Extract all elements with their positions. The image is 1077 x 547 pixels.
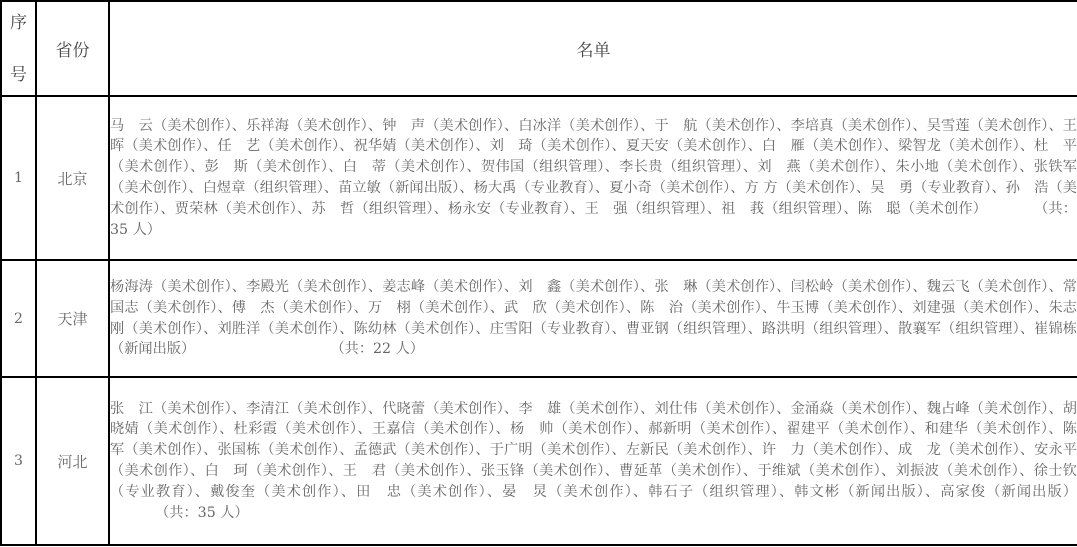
- row-seq: 3: [1, 377, 36, 545]
- row-province: 天津: [36, 260, 109, 377]
- row-total: （共：35 人）: [155, 505, 249, 521]
- row-names: 杨海涛（美术创作）、李殿光（美术创作）、姜志峰（美术创作）、刘 鑫（美术创作）、…: [109, 260, 1077, 377]
- header-seq: 序 号: [1, 1, 36, 96]
- table-row: 2 天津 杨海涛（美术创作）、李殿光（美术创作）、姜志峰（美术创作）、刘 鑫（美…: [1, 260, 1077, 377]
- row-province: 河北: [36, 377, 109, 545]
- header-seq-line2: 号: [10, 65, 27, 85]
- names-text: 张 江（美术创作）、李清江（美术创作）、代晓蕾（美术创作）、李 雄（美术创作）、…: [110, 401, 1077, 500]
- row-names: 张 江（美术创作）、李清江（美术创作）、代晓蕾（美术创作）、李 雄（美术创作）、…: [109, 377, 1077, 545]
- header-seq-line1: 序: [10, 13, 27, 33]
- header-row: 序 号 省份 名单: [1, 1, 1077, 96]
- names-text: 马 云（美术创作）、乐祥海（美术创作）、钟 声（美术创作）、白冰洋（美术创作）、…: [110, 118, 1077, 217]
- row-seq: 1: [1, 96, 36, 260]
- row-total: （共：22 人）: [330, 341, 424, 357]
- header-list: 名单: [109, 1, 1077, 96]
- row-province: 北京: [36, 96, 109, 260]
- table-row: 3 河北 张 江（美术创作）、李清江（美术创作）、代晓蕾（美术创作）、李 雄（美…: [1, 377, 1077, 545]
- header-province: 省份: [36, 1, 109, 96]
- table-row: 1 北京 马 云（美术创作）、乐祥海（美术创作）、钟 声（美术创作）、白冰洋（美…: [1, 96, 1077, 260]
- roster-table: 序 号 省份 名单 1 北京 马 云（美术创作）、乐祥海（美术创作）、钟 声（美…: [0, 0, 1077, 546]
- row-seq: 2: [1, 260, 36, 377]
- row-names: 马 云（美术创作）、乐祥海（美术创作）、钟 声（美术创作）、白冰洋（美术创作）、…: [109, 96, 1077, 260]
